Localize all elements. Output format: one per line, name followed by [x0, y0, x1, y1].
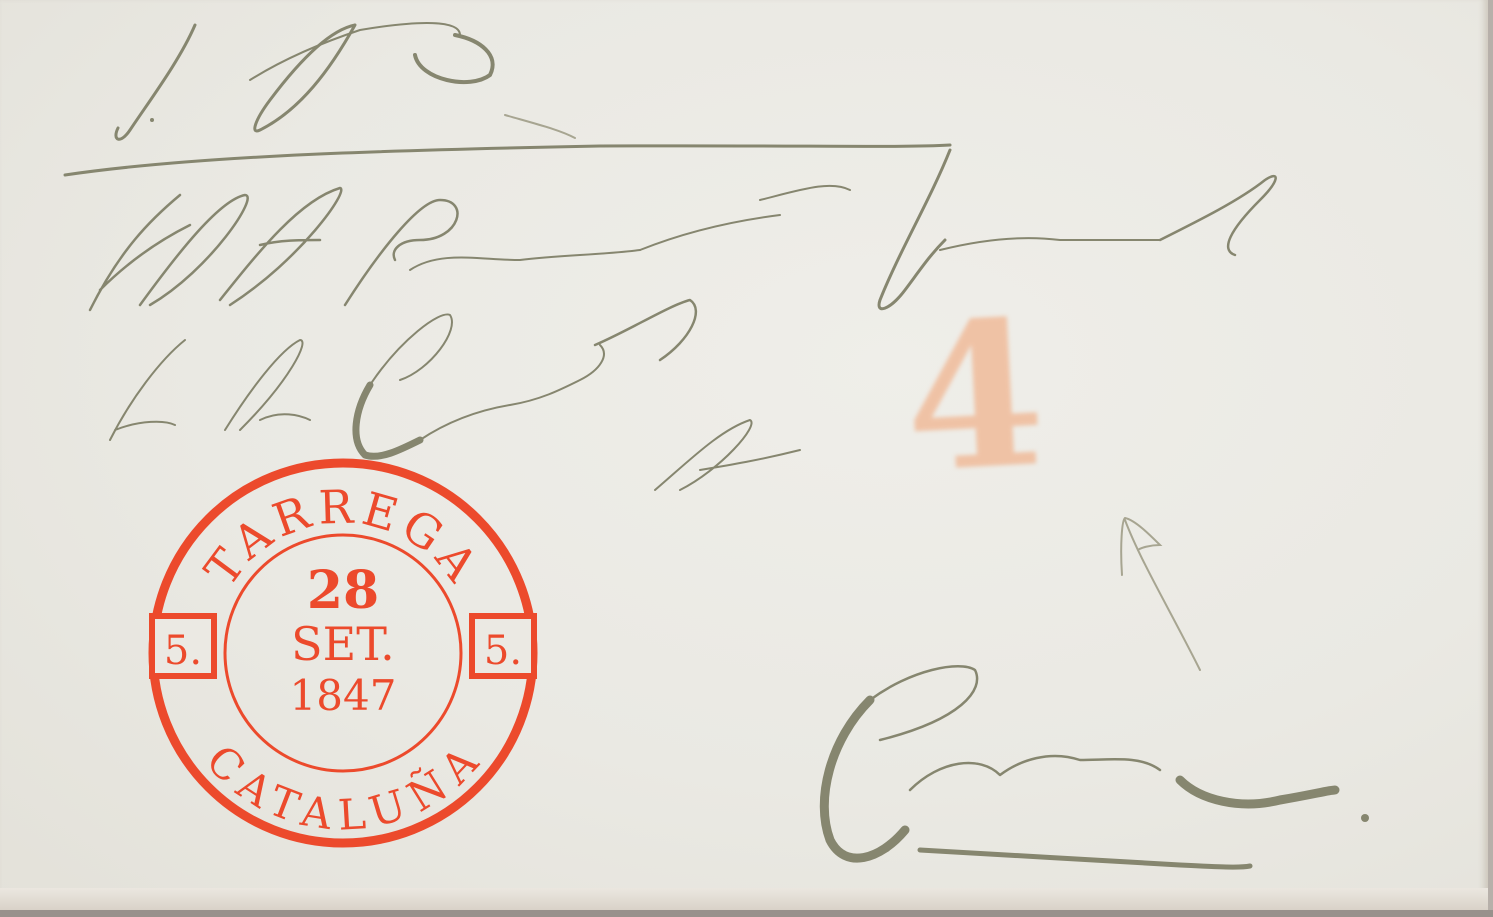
background-strip: [0, 910, 1493, 917]
paper-edge-right: [1488, 0, 1493, 917]
postmark-day: 28: [307, 560, 379, 621]
postmark-left-number: 5.: [164, 628, 202, 674]
postmark-month: SET.: [291, 617, 395, 671]
postmark-region: CATALUÑA: [197, 735, 490, 839]
address-line-ciudad: [110, 300, 696, 456]
postmark-right-number: 5.: [484, 628, 522, 674]
postmark-year: 1847: [290, 671, 397, 720]
address-line-promotor: [90, 150, 1276, 310]
postal-cover: S. N. Al Sr. Promotor fiscal de la Ciuda…: [0, 0, 1488, 910]
address-line-sn: [65, 23, 950, 175]
postmark-tarrega: 5. 5. TARREGA CATALUÑA 28 SET. 1847: [138, 448, 548, 858]
pencil-arrow-mark: [1121, 518, 1200, 670]
destination-cervera: [824, 666, 1369, 867]
rate-mark: 4: [899, 277, 1030, 518]
address-line-de: [655, 420, 800, 490]
